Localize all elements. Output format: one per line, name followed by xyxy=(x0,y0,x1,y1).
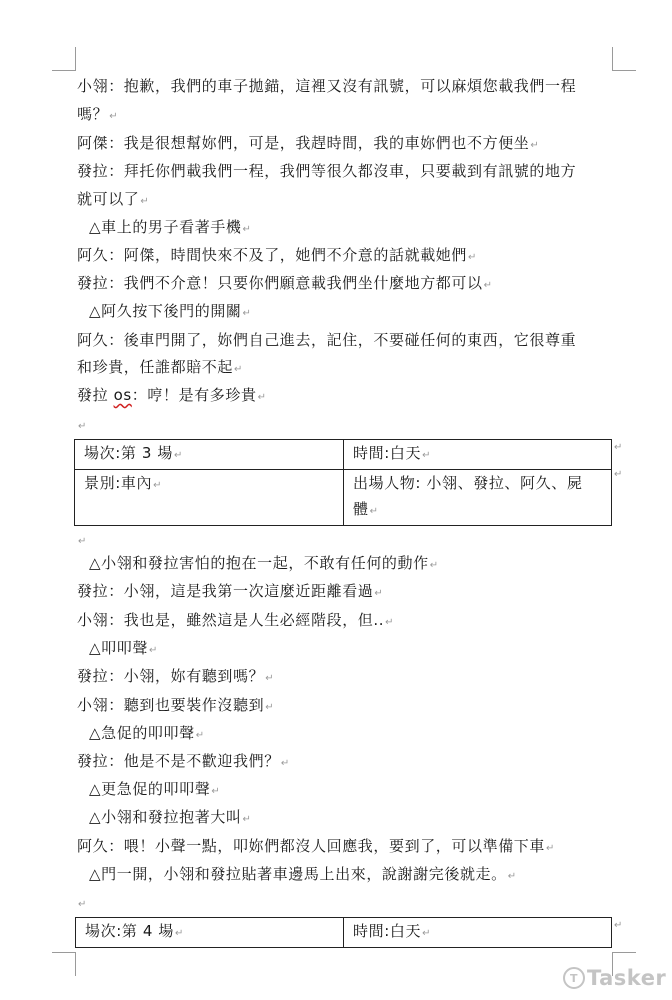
paragraph-mark-icon: ↵ xyxy=(140,196,149,207)
spellcheck-underline[interactable]: os xyxy=(114,386,132,404)
cell-end-mark-icon: ↵ xyxy=(422,450,431,461)
paragraph-mark-icon: ↵ xyxy=(468,252,477,263)
scene-number-cell[interactable]: 場次:第 3 場↵ xyxy=(75,440,344,470)
cell-end-mark-icon: ↵ xyxy=(153,480,162,491)
tasker-watermark: T Tasker xyxy=(563,966,666,990)
paragraph-mark-icon: ↵ xyxy=(281,758,290,769)
row-end-mark-icon: ↵ xyxy=(614,469,622,480)
margin-corner-top-right xyxy=(612,47,636,71)
paragraph-mark-icon: ↵ xyxy=(109,111,118,122)
dialogue-line[interactable]: 阿久：喂！小聲一點，叩妳們都沒人回應我，要到了，可以準備下車↵ xyxy=(77,832,555,860)
dialogue-line[interactable]: 發拉：他是不是不歡迎我們？↵ xyxy=(77,747,290,775)
dialogue-line[interactable]: 發拉：我們不介意！只要你們願意載我們坐什麼地方都可以↵ xyxy=(77,269,493,297)
dialogue-line[interactable]: 發拉：小翎，妳有聽到嗎？↵ xyxy=(77,662,274,690)
paragraph-mark-icon: ↵ xyxy=(243,224,252,235)
scene-3-header-table: 場次:第 3 場↵ 時間:白天↵ 景別:車內↵ 出場人物: 小翎、發拉、阿久、屍… xyxy=(74,439,612,526)
paragraph-mark-icon: ↵ xyxy=(196,730,205,741)
dialogue-line[interactable]: 阿久：後車門開了，妳們自己進去，記住，不要碰任何的東西，它很尊重 xyxy=(77,326,576,354)
paragraph-mark-icon: ↵ xyxy=(243,308,252,319)
row-end-mark-icon: ↵ xyxy=(614,442,622,453)
row-end-mark-icon: ↵ xyxy=(614,920,622,931)
time-cell[interactable]: 時間:白天↵ xyxy=(344,918,612,948)
paragraph-mark-icon: ↵ xyxy=(430,560,439,571)
dialogue-line[interactable]: 小翎：聽到也要裝作沒聽到↵ xyxy=(77,691,274,719)
dialogue-line[interactable]: 嗎？↵ xyxy=(77,100,118,128)
empty-paragraph[interactable]: ↵ xyxy=(77,525,87,553)
action-line[interactable]: △車上的男子看著手機↵ xyxy=(89,213,252,241)
dialogue-line[interactable]: 就可以了↵ xyxy=(77,185,149,213)
paragraph-mark-icon: ↵ xyxy=(546,843,555,854)
paragraph-mark-icon: ↵ xyxy=(211,786,220,797)
action-line[interactable]: △叩叩聲↵ xyxy=(89,634,158,662)
cell-end-mark-icon: ↵ xyxy=(422,928,431,939)
scene-4-header-table: 場次:第 4 場↵ 時間:白天↵ xyxy=(75,917,612,948)
cell-end-mark-icon: ↵ xyxy=(175,928,184,939)
paragraph-mark-icon: ↵ xyxy=(78,536,87,547)
watermark-text: Tasker xyxy=(587,966,666,990)
paragraph-mark-icon: ↵ xyxy=(385,617,394,628)
paragraph-mark-icon: ↵ xyxy=(508,871,517,882)
dialogue-line[interactable]: 和珍貴，任誰都賠不起↵ xyxy=(77,353,243,381)
paragraph-mark-icon: ↵ xyxy=(234,364,243,375)
tasker-logo-icon: T xyxy=(563,967,585,989)
paragraph-mark-icon: ↵ xyxy=(243,814,252,825)
location-cell[interactable]: 景別:車內↵ xyxy=(75,470,344,526)
empty-paragraph[interactable]: ↵ xyxy=(77,888,87,916)
paragraph-mark-icon: ↵ xyxy=(484,280,493,291)
action-line[interactable]: △阿久按下後門的開關↵ xyxy=(89,297,252,325)
paragraph-mark-icon: ↵ xyxy=(265,673,274,684)
empty-paragraph[interactable]: ↵ xyxy=(77,410,87,438)
cell-end-mark-icon: ↵ xyxy=(370,506,379,517)
action-line[interactable]: △小翎和發拉害怕的抱在一起，不敢有任何的動作↵ xyxy=(89,549,439,577)
dialogue-line[interactable]: 阿傑：我是很想幫妳們，可是，我趕時間，我的車妳們也不方便坐↵ xyxy=(77,129,539,157)
dialogue-line[interactable]: 小翎：我也是，雖然這是人生必經階段，但..↵ xyxy=(77,606,394,634)
cast-cell[interactable]: 出場人物: 小翎、發拉、阿久、屍體↵ xyxy=(344,470,612,526)
paragraph-mark-icon: ↵ xyxy=(374,588,383,599)
margin-corner-top-left xyxy=(52,47,76,71)
scene-number-cell[interactable]: 場次:第 4 場↵ xyxy=(76,918,344,948)
paragraph-mark-icon: ↵ xyxy=(78,899,87,910)
dialogue-line[interactable]: 阿久：阿傑，時間快來不及了，她們不介意的話就載她們↵ xyxy=(77,241,477,269)
paragraph-mark-icon: ↵ xyxy=(265,702,274,713)
time-cell[interactable]: 時間:白天↵ xyxy=(344,440,612,470)
dialogue-line[interactable]: 發拉：拜托你們載我們一程，我們等很久都沒車，只要載到有訊號的地方 xyxy=(77,157,576,185)
action-line[interactable]: △小翎和發拉抱著大叫↵ xyxy=(89,803,252,831)
dialogue-line[interactable]: 小翎：抱歉，我們的車子拋錨，這裡又沒有訊號，可以麻煩您載我們一程 xyxy=(77,72,576,100)
paragraph-mark-icon: ↵ xyxy=(258,392,267,403)
cell-end-mark-icon: ↵ xyxy=(174,450,183,461)
paragraph-mark-icon: ↵ xyxy=(78,421,87,432)
action-line[interactable]: △更急促的叩叩聲↵ xyxy=(89,775,220,803)
dialogue-line[interactable]: 發拉 os：哼！是有多珍貴↵ xyxy=(77,381,267,409)
margin-corner-bottom-left xyxy=(52,952,76,976)
dialogue-line[interactable]: 發拉：小翎，這是我第一次這麼近距離看過↵ xyxy=(77,577,383,605)
paragraph-mark-icon: ↵ xyxy=(149,645,158,656)
paragraph-mark-icon: ↵ xyxy=(530,140,539,151)
action-line[interactable]: △門一開，小翎和發拉貼著車邊馬上出來，說謝謝完後就走。↵ xyxy=(89,860,517,888)
action-line[interactable]: △急促的叩叩聲↵ xyxy=(89,719,205,747)
